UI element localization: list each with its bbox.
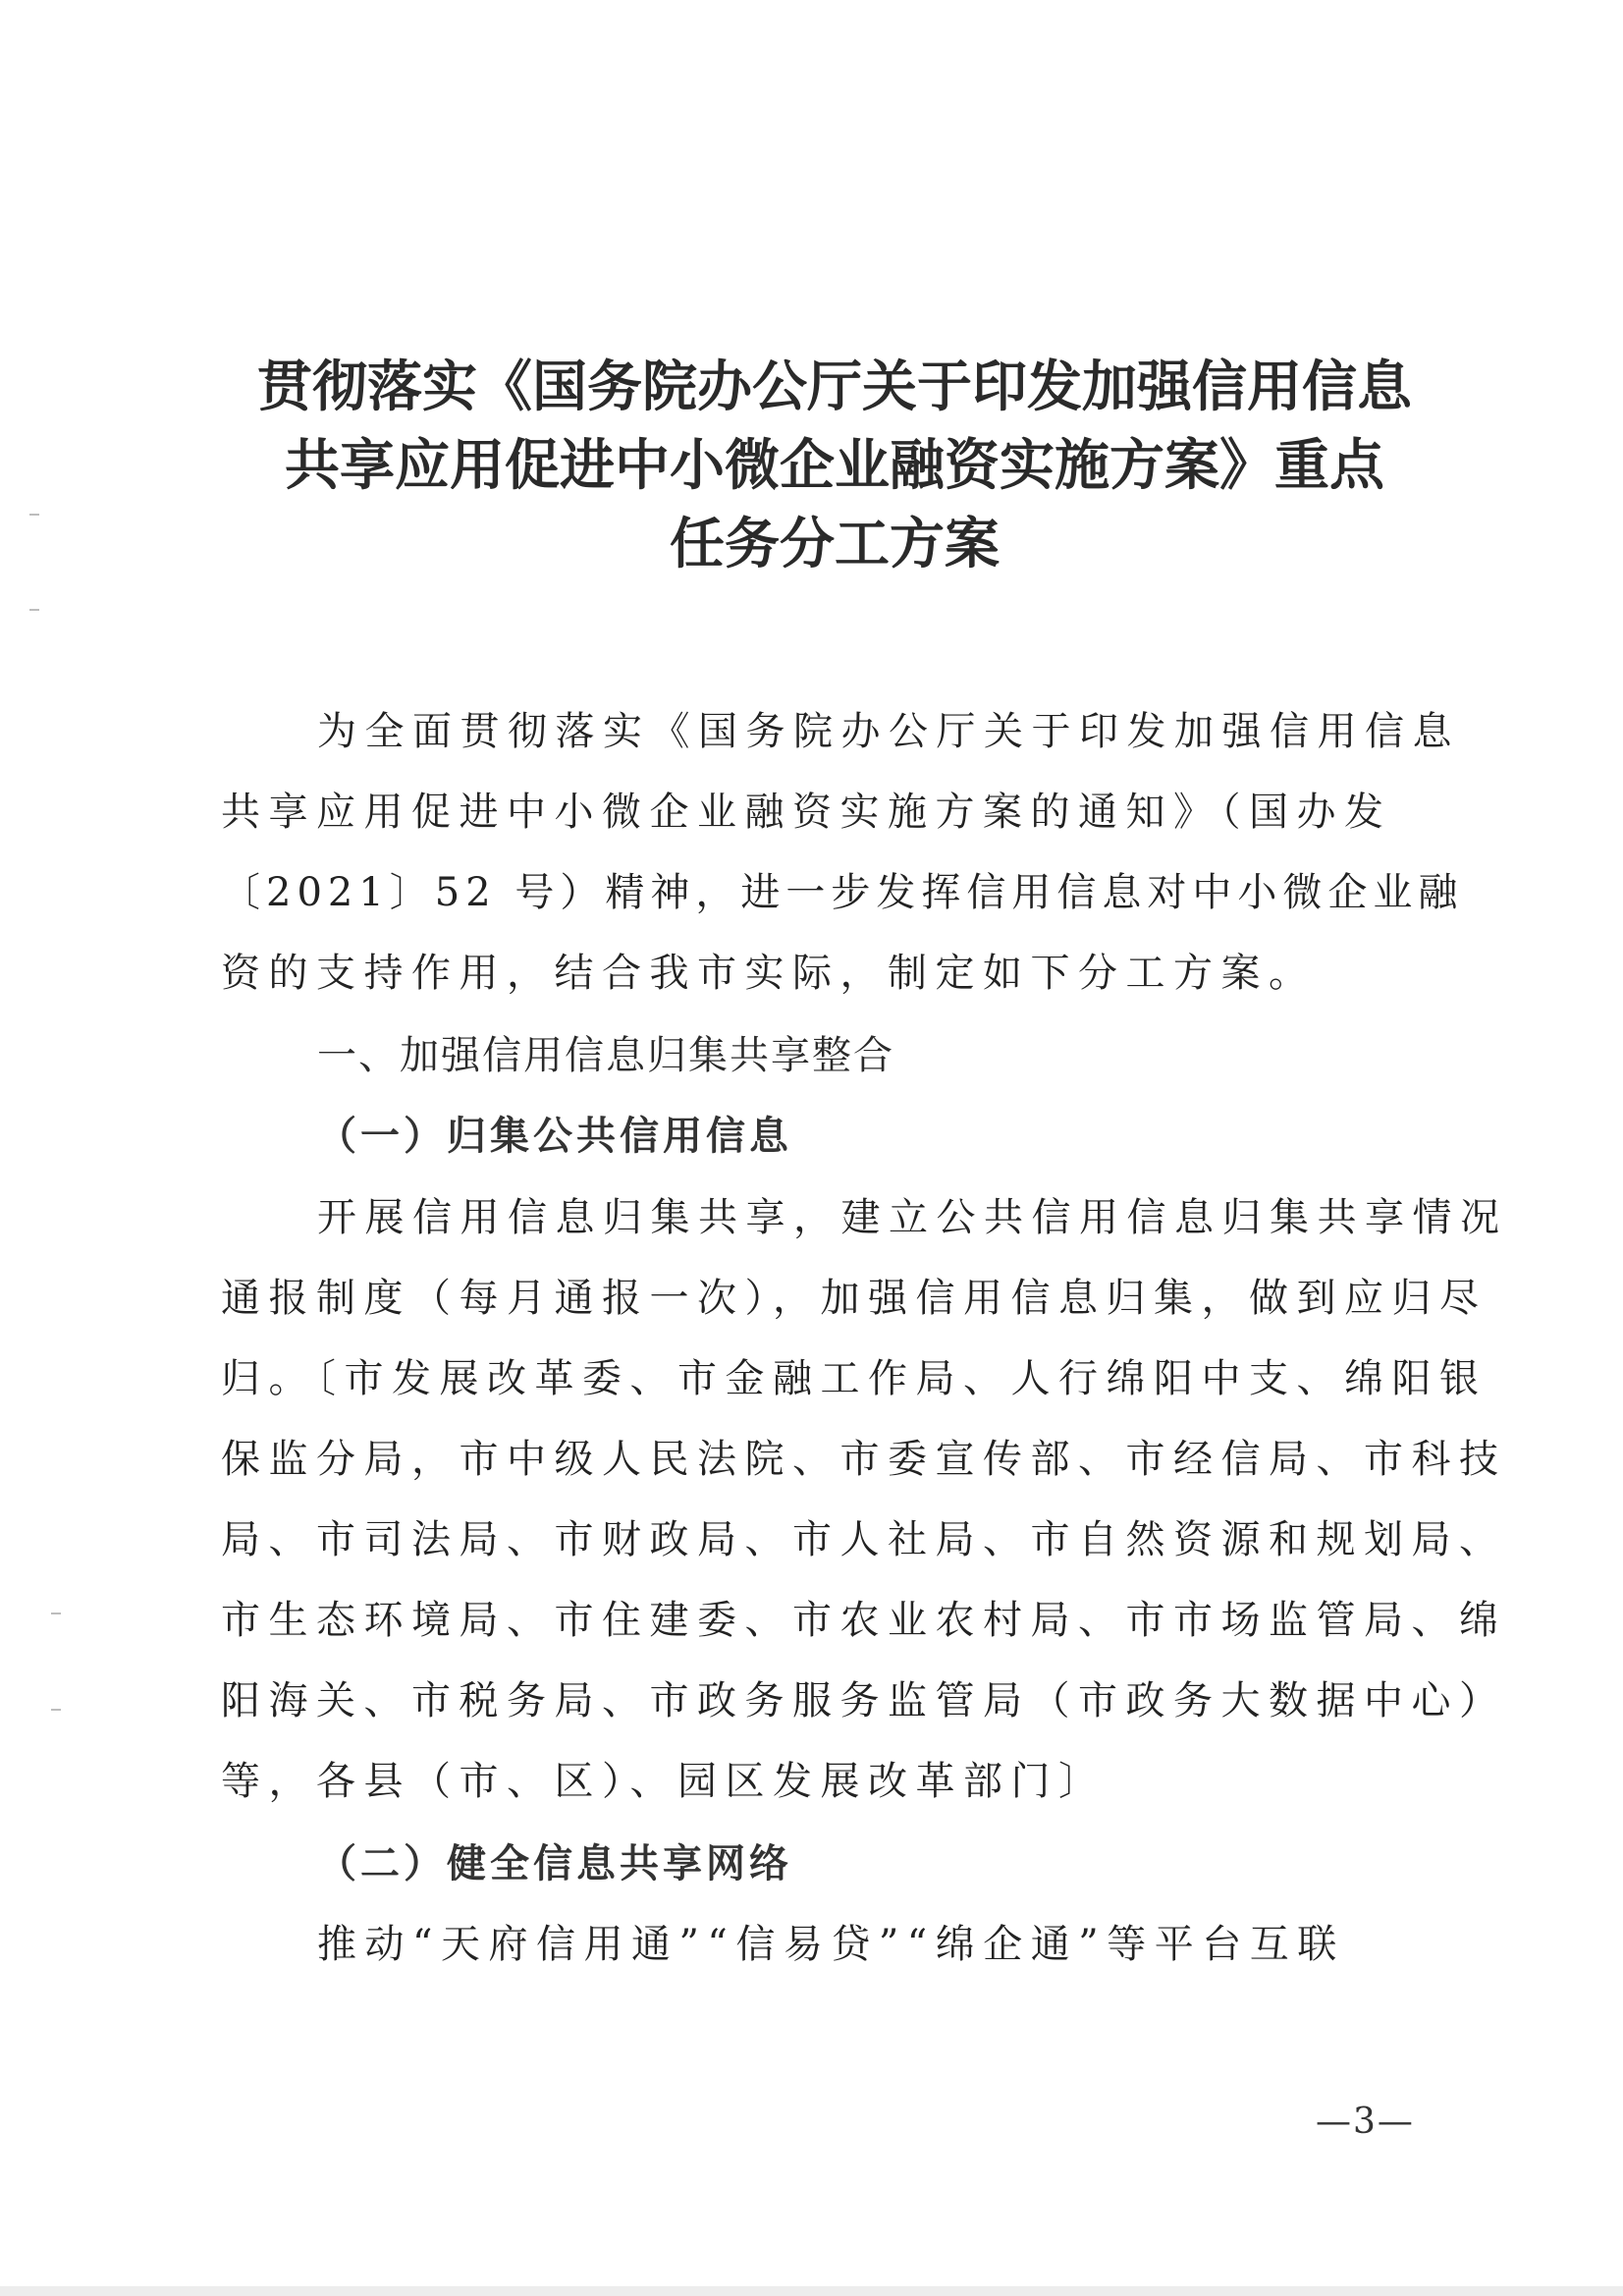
paragraph-line: 通报制度（每月通报一次），加强信用信息归集，做到应归尽 xyxy=(221,1269,1488,1328)
paragraph-line: 阳海关、市税务局、市政务服务监管局（市政务大数据中心） xyxy=(221,1671,1507,1730)
paragraph-line: 开展信用信息归集共享，建立公共信用信息归集共享情况 xyxy=(317,1188,1508,1247)
document-title: 贯彻落实《国务院办公厅关于印发加强信用信息 共享应用促进中小微企业融资实施方案》… xyxy=(196,349,1473,584)
paragraph-line: 等，各县（市、区）、园区发展改革部门〕 xyxy=(221,1752,1107,1811)
document-page: 贯彻落实《国务院办公厅关于印发加强信用信息 共享应用促进中小微企业融资实施方案》… xyxy=(0,0,1623,2296)
title-line-3: 任务分工方案 xyxy=(196,506,1473,584)
paragraph-line: 保监分局，市中级人民法院、市委宣传部、市经信局、市科技 xyxy=(221,1430,1507,1489)
subsection-2-heading: （二）健全信息共享网络 xyxy=(317,1834,792,1893)
subsection-1-heading: （一）归集公共信用信息 xyxy=(317,1107,792,1166)
intro-line-4: 资的支持作用，结合我市实际，制定如下分工方案。 xyxy=(221,944,1317,1003)
paragraph-line: 归。〔市发展改革委、市金融工作局、人行绵阳中支、绵阳银 xyxy=(221,1349,1488,1408)
scan-artifact xyxy=(51,1613,61,1614)
intro-line-2: 共享应用促进中小微企业融资实施方案的通知》（国办发 xyxy=(221,783,1392,842)
scan-edge xyxy=(0,2286,1623,2296)
title-line-1: 贯彻落实《国务院办公厅关于印发加强信用信息 xyxy=(196,349,1473,427)
page-number: —3— xyxy=(1316,2102,1415,2142)
scan-artifact xyxy=(51,1709,61,1711)
paragraph-line: 市生态环境局、市住建委、市农业农村局、市市场监管局、绵 xyxy=(221,1591,1507,1650)
title-line-2: 共享应用促进中小微企业融资实施方案》重点 xyxy=(196,427,1473,506)
scan-artifact xyxy=(29,609,39,611)
paragraph-line: 推动“天府信用通”“信易贷”“绵企通”等平台互联 xyxy=(317,1915,1345,1974)
section-1-heading: 一、加强信用信息归集共享整合 xyxy=(317,1026,894,1085)
intro-line-3: 〔2021〕52 号）精神，进一步发挥信用信息对中小微企业融 xyxy=(221,863,1463,922)
scan-artifact xyxy=(29,514,39,516)
intro-line-1: 为全面贯彻落实《国务院办公厅关于印发加强信用信息 xyxy=(317,702,1460,761)
paragraph-line: 局、市司法局、市财政局、市人社局、市自然资源和规划局、 xyxy=(221,1510,1507,1569)
